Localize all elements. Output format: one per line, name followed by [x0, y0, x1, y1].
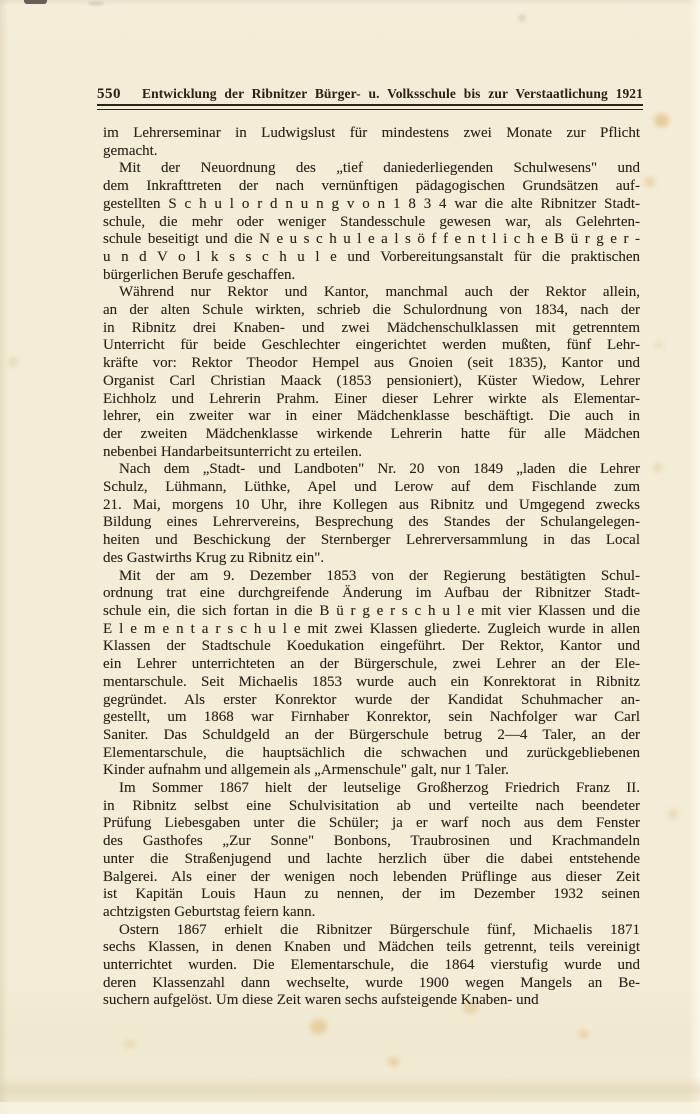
running-header: 550 Entwicklung der Ribnitzer Bürger- u.… [97, 86, 643, 103]
foxing-spot [519, 15, 525, 21]
text-line: schule beseitigt und die N e u s c h u l… [103, 231, 640, 249]
text-line: im Lehrerseminar in Ludwigslust für mind… [103, 125, 640, 143]
text-line: bürgerlichen Berufe geschaffen. [103, 267, 640, 285]
text-line: ordnung trat eine durchgreifende Änderun… [103, 585, 640, 603]
text-line: gegründet. Als erster Konrektor wurde de… [103, 692, 640, 710]
text-line: Bildung eines Lehrervereins, Besprechung… [103, 514, 640, 532]
paragraph: Im Sommer 1867 hielt der leutselige Groß… [103, 780, 640, 922]
paper-edge-left [0, 0, 8, 1114]
text-line: Im Sommer 1867 hielt der leutselige Groß… [103, 780, 640, 798]
foxing-spot [579, 1030, 588, 1038]
foxing-spot [654, 114, 669, 127]
text-line: Balgerei. Als einer der wenigen noch leb… [103, 869, 640, 887]
page-number: 550 [97, 86, 121, 103]
text-line: E l e m e n t a r s c h u l e mit zwei K… [103, 621, 640, 639]
paper-shadow-bottom [0, 1076, 700, 1102]
text-line: in Ribnitz drei Knaben- und zwei Mädchen… [103, 320, 640, 338]
text-line: Saniter. Das Schuldgeld an der Bürgersch… [103, 727, 640, 745]
scan-artifact-smudge [88, 1, 104, 6]
text-line: kräfte vor: Rektor Theodor Hempel aus Gn… [103, 355, 640, 373]
text-line: nebenbei Handarbeitsunterricht zu erteil… [103, 444, 640, 462]
text-line: dem Inkrafttreten der nach vernünftigen … [103, 178, 640, 196]
text-line: Elementarschule, die hauptsächlich die s… [103, 745, 640, 763]
text-line: Während nur Rektor und Kantor, manchmal … [103, 284, 640, 302]
paragraph: Ostern 1867 erhielt die Ribnitzer Bürger… [103, 922, 640, 1011]
text-line: Kinder aufnahm und allgemein als „Armens… [103, 762, 640, 780]
paragraph: Mit der Neuordnung des „tief daniederlie… [103, 160, 640, 284]
header-rule-thick [97, 104, 643, 106]
text-line: ist Kapitän Louis Haun zu nennen, der im… [103, 886, 640, 904]
text-line: Unterricht für beide Geschlechter einger… [103, 337, 640, 355]
foxing-spot [668, 809, 678, 819]
text-line: suchern aufgelöst. Um diese Zeit waren s… [103, 992, 640, 1010]
text-line: gestellten S c h u l o r d n u n g v o n… [103, 196, 640, 214]
text-line: Prüfung Liebesgaben unter die Schüler; j… [103, 815, 640, 833]
text-line: der zweiten Mädchenklasse wirkende Lehre… [103, 426, 640, 444]
text-line: Organist Carl Christian Maack (1853 pens… [103, 373, 640, 391]
paragraph: im Lehrerseminar in Ludwigslust für mind… [103, 125, 640, 160]
text-line: mentarschule. Seit Michaelis 1853 wurde … [103, 674, 640, 692]
text-line: u n d V o l k s s c h u l e und Vorberei… [103, 249, 640, 267]
foxing-spot [310, 1019, 327, 1034]
text-line: schule ein, die sich fortan in die B ü r… [103, 603, 640, 621]
book-page: 550 Entwicklung der Ribnitzer Bürger- u.… [0, 0, 700, 1114]
text-line: lehrer, ein zweiter war in einer Mädchen… [103, 408, 640, 426]
text-line: Klassen der Stadtschule Koedukation eing… [103, 638, 640, 656]
text-line: schule, die mehr oder weniger Standessch… [103, 214, 640, 232]
paragraph: Nach dem „Stadt- und Landboten" Nr. 20 v… [103, 461, 640, 567]
text-line: unterrichtet wurden. Die Elementarschule… [103, 957, 640, 975]
text-line: gemacht. [103, 143, 640, 161]
paper-edge-right [689, 0, 700, 1114]
text-line: des Gastwirths Krug zu Ribnitz ein". [103, 550, 640, 568]
running-title: Entwicklung der Ribnitzer Bürger- u. Vol… [142, 86, 643, 102]
text-line: Eichholz und Lehrerin Prahm. Einer diese… [103, 391, 640, 409]
text-line: unter die Straßenjugend und lachte herzl… [103, 851, 640, 869]
foxing-spot [8, 357, 18, 367]
foxing-spot [124, 1039, 136, 1050]
text-line: des Gasthofes „Zur Sonne" Bonbons, Traub… [103, 833, 640, 851]
text-line: Mit der Neuordnung des „tief daniederlie… [103, 160, 640, 178]
paper-edge-top [0, 0, 700, 6]
text-line: Ostern 1867 erhielt die Ribnitzer Bürger… [103, 922, 640, 940]
paper-edge-bottom [0, 1102, 700, 1114]
text-line: gestellt, um 1868 war Firnhaber Konrekto… [103, 709, 640, 727]
text-line: deren Klassenzahl dann wechselte, wurde … [103, 975, 640, 993]
foxing-spot [644, 177, 655, 187]
text-line: an der alten Schule wirkten, schrieb die… [103, 302, 640, 320]
text-line: sechs Klassen, in denen Knaben und Mädch… [103, 939, 640, 957]
text-line: Nach dem „Stadt- und Landboten" Nr. 20 v… [103, 461, 640, 479]
text-line: in Ribnitz selbst eine Schulvisitation a… [103, 798, 640, 816]
text-line: Schulz, Lühmann, Lüthke, Apel und Lerow … [103, 479, 640, 497]
header-rule-thin [97, 109, 643, 110]
text-line: achtzigsten Geburtstag feiern kann. [103, 904, 640, 922]
text-line: ein Lehrer unterrichteten an der Bürgers… [103, 656, 640, 674]
foxing-spot [388, 1057, 399, 1067]
paragraph: Während nur Rektor und Kantor, manchmal … [103, 284, 640, 461]
text-line: 21. Mai, morgens 10 Uhr, ihre Kollegen a… [103, 497, 640, 515]
paragraph: Mit der am 9. Dezember 1853 von der Regi… [103, 568, 640, 780]
scan-artifact-mark [24, 0, 47, 4]
foxing-spot [655, 341, 663, 349]
text-line: heiten und Beschickung der Sternberger L… [103, 532, 640, 550]
body-text: im Lehrerseminar in Ludwigslust für mind… [103, 125, 640, 1010]
text-line: Mit der am 9. Dezember 1853 von der Regi… [103, 568, 640, 586]
foxing-spot [653, 463, 662, 472]
